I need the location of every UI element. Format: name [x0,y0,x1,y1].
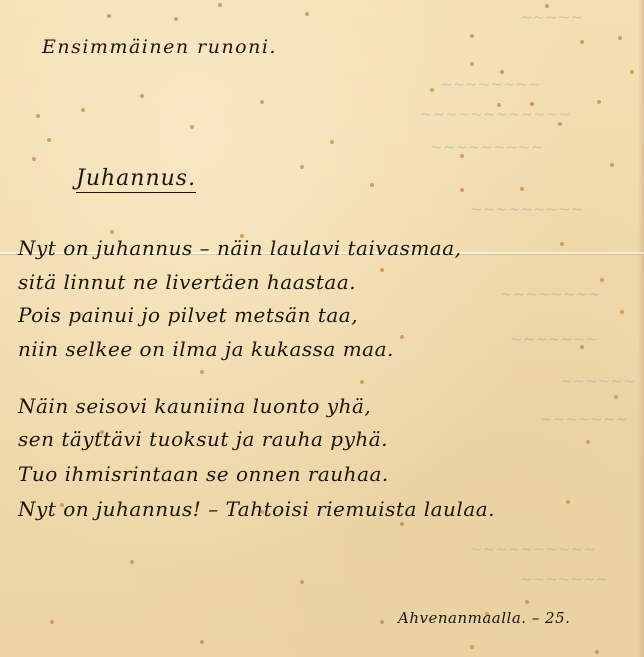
foxing-spot [530,102,534,106]
foxing-spot [470,34,474,38]
verse-line: Tuo ihmisrintaan se onnen rauhaa. [18,462,389,486]
poem-title: Juhannus. [76,166,196,193]
foxing-spot [140,94,144,98]
foxing-spot [580,40,584,44]
foxing-spot [600,278,604,282]
foxing-spot [430,88,434,92]
foxing-spot [174,17,178,21]
bleed-through-text: ~~~~~~~~~~ [470,540,596,558]
bleed-through-text: ~~~~~~~ [510,330,598,348]
verse-line: Näin seisovi kauniina luonto yhä, [18,394,371,418]
bleed-through-text: ~~~~~~~~ [500,285,601,303]
foxing-spot [470,645,474,649]
foxing-spot [36,114,40,118]
foxing-spot [380,620,384,624]
paper-edge-shadow [638,0,644,657]
foxing-spot [300,580,304,584]
foxing-spot [260,100,264,104]
foxing-spot [497,103,501,107]
bleed-through-text: ~~~~~~~ [540,410,628,428]
foxing-spot [47,138,51,142]
foxing-spot [190,125,194,129]
foxing-spot [218,3,222,7]
signature-place-date: Ahvenanmaalla. – 25. [398,609,570,627]
bleed-through-text: ~~~~~~ [560,372,635,390]
foxing-spot [400,335,404,339]
foxing-spot [50,620,54,624]
foxing-spot [200,640,204,644]
foxing-spot [460,154,464,158]
foxing-spot [597,100,601,104]
foxing-spot [560,242,564,246]
foxing-spot [360,380,364,384]
bleed-through-text: ~~~~~~~~~ [430,138,543,156]
foxing-spot [330,140,334,144]
bleed-through-text: ~~~~~~~~~ [470,200,583,218]
foxing-spot [400,522,404,526]
foxing-spot [460,188,464,192]
foxing-spot [32,157,36,161]
foxing-spot [370,183,374,187]
verse-line: Nyt on juhannus – näin laulavi taivasmaa… [18,236,462,260]
bleed-through-text: ~~~~~ [520,8,583,26]
foxing-spot [130,560,134,564]
foxing-spot [470,62,474,66]
foxing-spot [300,165,304,169]
foxing-spot [110,230,114,234]
foxing-spot [525,600,529,604]
foxing-spot [595,650,599,654]
verse-line: Nyt on juhannus! – Tahtoisi riemuista la… [18,497,495,521]
foxing-spot [558,122,562,126]
verse-line: sitä linnut ne livertäen haastaa. [18,270,356,294]
foxing-spot [545,4,549,8]
bleed-through-text: ~~~~~~~ [520,570,608,588]
foxing-spot [200,370,204,374]
foxing-spot [614,395,618,399]
manuscript-header: Ensimmäinen runoni. [42,36,277,58]
verse-line: Pois painui jo pilvet metsän taa, [18,303,358,327]
bleed-through-text: ~~~~~~~~~~~~ [420,105,571,123]
foxing-spot [520,187,524,191]
foxing-spot [618,36,622,40]
foxing-spot [610,163,614,167]
foxing-spot [566,500,570,504]
foxing-spot [580,345,584,349]
foxing-spot [500,70,504,74]
manuscript-page: ~~~~~ ~~~~~~~~ ~~~~~~~~~~~~ ~~~~~~~~~ ~~… [0,0,644,657]
foxing-spot [630,70,634,74]
foxing-spot [81,108,85,112]
verse-line: niin selkee on ilma ja kukassa maa. [18,337,394,361]
foxing-spot [305,12,309,16]
verse-line: sen täyttävi tuoksut ja rauha pyhä. [18,427,388,451]
foxing-spot [380,268,384,272]
foxing-spot [586,440,590,444]
foxing-spot [107,14,111,18]
bleed-through-text: ~~~~~~~~ [440,75,541,93]
foxing-spot [620,310,624,314]
